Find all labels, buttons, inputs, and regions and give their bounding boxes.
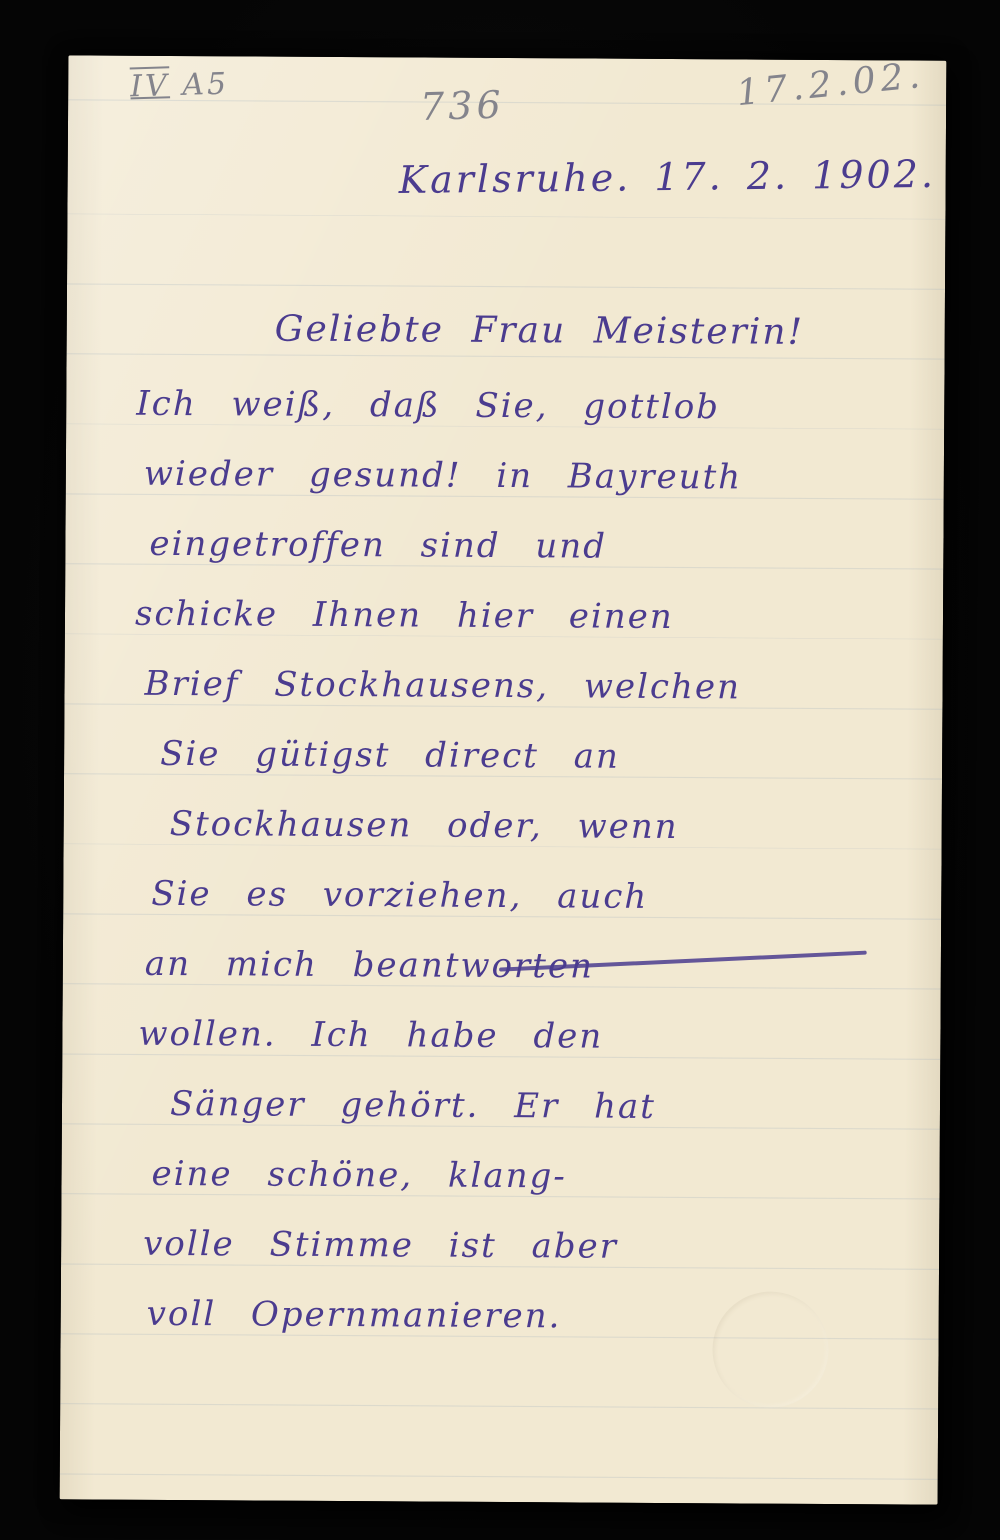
letter-line: Ich weiß, daß Sie, gottlob: [136, 372, 914, 447]
letter-line: Sänger gehört. Er hat: [132, 1072, 910, 1147]
letter-line: eingetroffen sind und: [135, 512, 913, 587]
archive-mark-rest: A5: [182, 67, 230, 103]
letter-line: Brief Stockhausens, welchen: [134, 652, 912, 727]
letter-line: volle Stimme ist aber: [131, 1212, 909, 1287]
letter-line: wieder gesund! in Bayreuth: [136, 442, 914, 517]
letter-paper: IV A5 736 17.2.02. Karlsruhe. 17. 2. 190…: [60, 55, 947, 1504]
blind-stamp: [712, 1291, 829, 1408]
document-number-annotation: 736: [420, 83, 506, 129]
date-annotation: 17.2.02.: [735, 55, 927, 114]
letter-line: Sie gütigst direct an: [134, 722, 912, 797]
scan-background: IV A5 736 17.2.02. Karlsruhe. 17. 2. 190…: [0, 0, 1000, 1540]
letter-line: wollen. Ich habe den: [132, 1002, 910, 1077]
letter-line: schicke Ihnen hier einen: [135, 582, 913, 657]
archive-mark-roman: IV: [130, 68, 171, 104]
letter-line: Sie es vorziehen, auch: [133, 862, 911, 937]
salutation: Geliebte Frau Meisterin!: [275, 309, 804, 353]
letter-line: eine schöne, klang-: [131, 1142, 909, 1217]
letter-body: Ich weiß, daß Sie, gottlob wieder gesund…: [131, 372, 915, 1357]
letter-line: Stockhausen oder, wenn: [133, 792, 911, 867]
dateline: Karlsruhe. 17. 2. 1902.: [398, 152, 936, 202]
archive-mark: IV A5: [130, 67, 230, 105]
